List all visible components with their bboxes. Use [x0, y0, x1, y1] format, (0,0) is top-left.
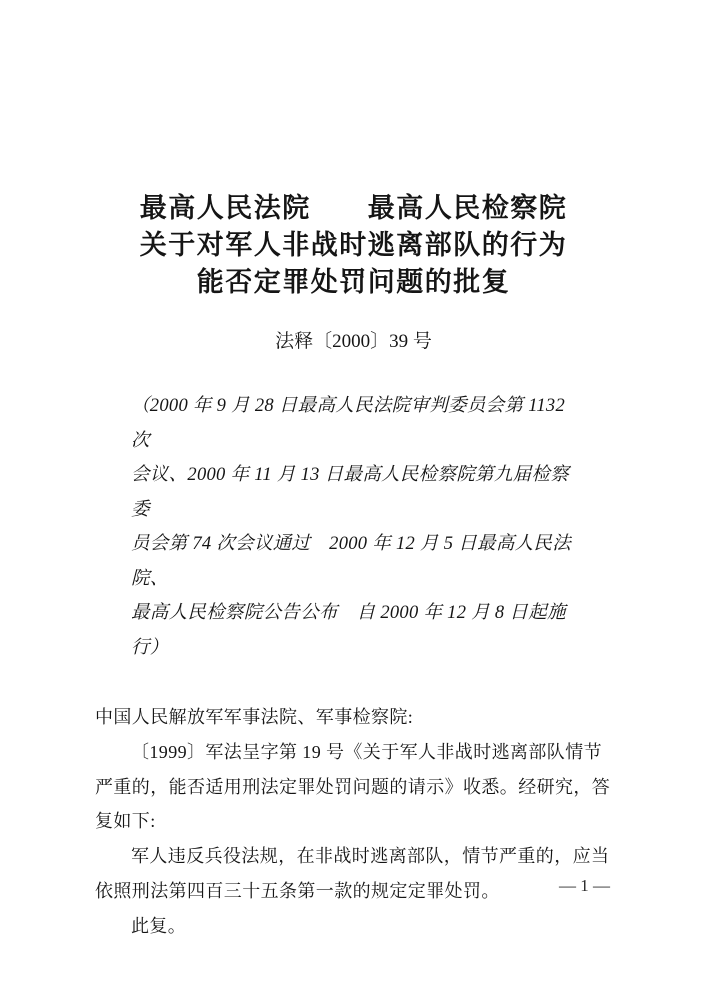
body-text: 中国人民解放军军事法院、军事检察院: 〔1999〕军法呈字第 19 号《关于军人…: [0, 700, 707, 944]
adoption-preamble: （2000 年 9 月 28 日最高人民法院审判委员会第 1132 次 会议、2…: [0, 389, 707, 665]
body-line: 严重的，能否适用刑法定罪处罚问题的请示》收悉。经研究，答: [95, 770, 612, 805]
page-number: — 1 —: [559, 874, 610, 898]
document-page: 最高人民法院 最高人民检察院 关于对军人非战时逃离部队的行为 能否定罪处罚问题的…: [0, 0, 707, 999]
closing-line: 此复。: [95, 909, 612, 944]
preamble-line: 会议、2000 年 11 月 13 日最高人民检察院第九届检察委: [131, 458, 581, 527]
preamble-line: 最高人民检察院公告公布 自 2000 年 12 月 8 日起施行）: [131, 596, 581, 665]
salutation-line: 中国人民解放军军事法院、军事检察院:: [95, 700, 612, 735]
title-line-1: 最高人民法院 最高人民检察院: [0, 190, 707, 227]
preamble-line: 员会第 74 次会议通过 2000 年 12 月 5 日最高人民法院、: [131, 527, 581, 596]
preamble-line: （2000 年 9 月 28 日最高人民法院审判委员会第 1132 次: [131, 389, 581, 458]
title-line-3: 能否定罪处罚问题的批复: [0, 264, 707, 301]
document-title: 最高人民法院 最高人民检察院 关于对军人非战时逃离部队的行为 能否定罪处罚问题的…: [0, 0, 707, 301]
body-line: 军人违反兵役法规，在非战时逃离部队，情节严重的，应当: [95, 839, 612, 874]
title-line-2: 关于对军人非战时逃离部队的行为: [0, 227, 707, 264]
doc-number: 法释〔2000〕39 号: [0, 328, 707, 356]
body-line: 依照刑法第四百三十五条第一款的规定定罪处罚。: [95, 874, 612, 909]
body-line: 复如下:: [95, 804, 612, 839]
body-line: 〔1999〕军法呈字第 19 号《关于军人非战时逃离部队情节: [95, 735, 612, 770]
